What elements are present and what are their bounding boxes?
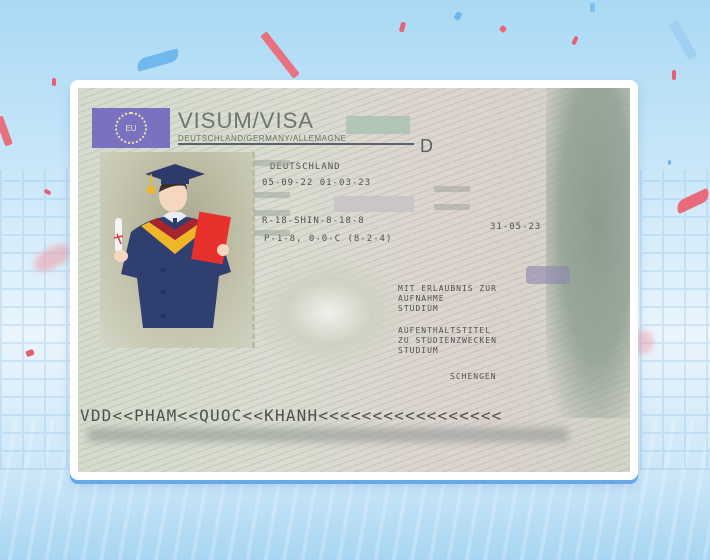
field-remarks: R-18-SHIN-8-18-8 — [262, 216, 365, 226]
mrz-line-2-redacted — [88, 428, 568, 442]
visa-document: EU VISUM/VISA DEUTSCHLAND/GERMANY/ALLEMA… — [78, 88, 630, 472]
graduate-illustration — [100, 152, 252, 348]
annotation-line: AUFENTHALTSTITEL — [398, 326, 491, 335]
confetti — [499, 25, 507, 33]
hologram — [254, 258, 404, 368]
eu-stars-icon: EU — [115, 112, 147, 144]
field-label — [434, 204, 470, 210]
confetti — [669, 20, 698, 60]
field-label — [254, 160, 290, 166]
eu-flag-icon: EU — [92, 108, 170, 148]
purple-stamp — [526, 266, 570, 284]
security-strip — [346, 116, 410, 134]
issuing-country-line: DEUTSCHLAND/GERMANY/ALLEMAGNE — [178, 134, 414, 145]
confetti — [260, 31, 300, 78]
field-label — [254, 192, 290, 198]
field-issue-date: 31-05-23 — [490, 222, 541, 232]
confetti — [135, 48, 181, 72]
visa-type: D — [420, 136, 433, 157]
redacted-field — [334, 196, 414, 212]
confetti — [672, 70, 676, 80]
annotation-line: MIT ERLAUBNIS ZUR — [398, 284, 497, 293]
annotation-line: STUDIUM — [398, 304, 439, 313]
signature-label: SCHENGEN — [450, 372, 497, 381]
field-validity: 05-09-22 01-03-23 — [262, 178, 371, 188]
visa-frame: EU VISUM/VISA DEUTSCHLAND/GERMANY/ALLEMA… — [70, 80, 638, 480]
annotation-line: AUFNAHME — [398, 294, 445, 303]
visa-title: VISUM/VISA — [178, 108, 314, 134]
annotation-line: ZU STUDIENZWECKEN — [398, 336, 497, 345]
confetti — [668, 160, 671, 165]
confetti — [571, 36, 578, 46]
seal-watermark — [546, 88, 630, 418]
building-silhouette-right — [640, 170, 710, 470]
confetti — [590, 3, 595, 12]
confetti — [399, 22, 406, 33]
confetti — [0, 116, 13, 147]
confetti — [52, 78, 56, 86]
field-label — [434, 186, 470, 192]
confetti — [453, 11, 462, 21]
annotation-line: STUDIUM — [398, 346, 439, 355]
field-label — [254, 230, 290, 236]
mrz-line-1: VDD<<PHAM<<QUOC<<KHANH<<<<<<<<<<<<<<<<< — [80, 406, 502, 425]
field-label — [254, 210, 290, 216]
eu-badge: EU — [125, 124, 136, 133]
